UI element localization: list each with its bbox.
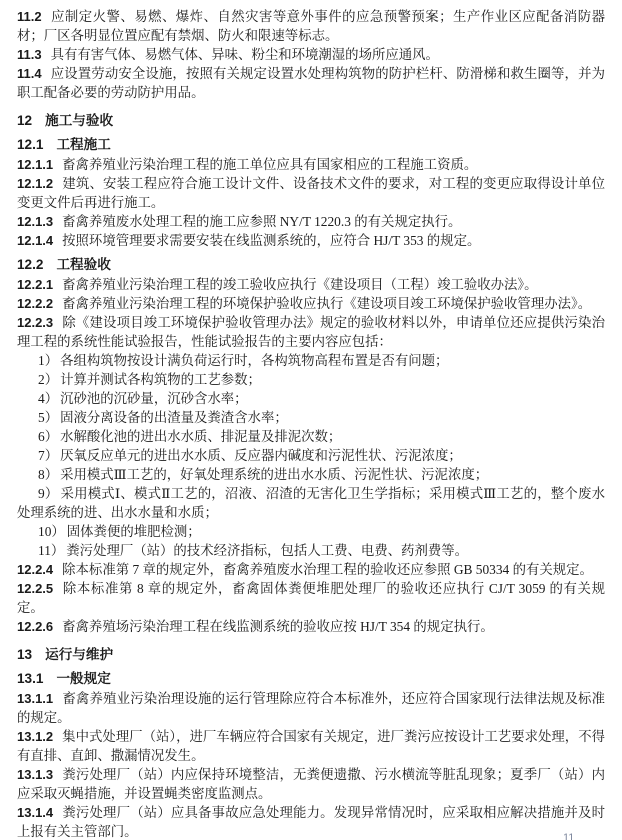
list-item: 5）固液分离设备的出渣量及粪渣含水率； bbox=[17, 408, 605, 427]
clause-paragraph: 12.2.6畜禽养殖场污染治理工程在线监测系统的验收应按 HJ/T 354 的规… bbox=[17, 617, 605, 636]
list-item-number: 5） bbox=[38, 410, 58, 425]
clause-number: 11.2 bbox=[17, 9, 42, 24]
clause-number: 13.1 bbox=[17, 671, 43, 686]
clause-text: 粪污处理厂（站）内应保持环境整洁，无粪便遗撒、污水横流等脏乱现象；夏季厂（站）内… bbox=[17, 767, 605, 801]
list-item: 9）采用模式Ⅰ、模式Ⅱ工艺的，沼液、沼渣的无害化卫生学指标；采用模式Ⅲ工艺的，整… bbox=[17, 484, 605, 522]
list-item: 10）固体粪便的堆肥检测； bbox=[17, 522, 605, 541]
clause-number: 12.2.6 bbox=[17, 619, 53, 634]
clause-paragraph: 12.1.3畜禽养殖废水处理工程的施工应参照 NY/T 1220.3 的有关规定… bbox=[17, 212, 605, 231]
clause-number: 12.2.5 bbox=[17, 581, 53, 596]
clause-text: 除《建设项目竣工环境保护验收管理办法》规定的验收材料以外，申请单位还应提供污染治… bbox=[17, 315, 605, 349]
list-item: 6）水解酸化池的进出水水质、排泥量及排泥次数； bbox=[17, 427, 605, 446]
section-heading: 13运行与维护 bbox=[17, 645, 605, 664]
clause-text: 建筑、安装工程应符合施工设计文件、设备技术文件的要求，对工程的变更应取得设计单位… bbox=[17, 176, 605, 210]
list-item-number: 1） bbox=[38, 353, 58, 368]
clause-text: 计算并测试各构筑物的工艺参数； bbox=[60, 372, 261, 387]
list-item: 1）各组构筑物按设计满负荷运行时，各构筑物高程布置是否有问题； bbox=[17, 351, 605, 370]
clause-text: 按照环境管理要求需要安装在线监测系统的，应符合 HJ/T 353 的规定。 bbox=[62, 233, 480, 248]
clause-text: 畜禽养殖业污染治理工程的环境保护验收应执行《建设项目竣工环境保护验收管理办法》。 bbox=[62, 296, 591, 311]
clause-text: 粪污处理厂（站）应具备事故应急处理能力。发现异常情况时，应采取相应解决措施并及时… bbox=[17, 805, 605, 839]
clause-number: 12.2.2 bbox=[17, 296, 53, 311]
clause-number: 11.3 bbox=[17, 47, 42, 62]
heading-text: 运行与维护 bbox=[45, 647, 113, 662]
clause-paragraph: 12.2.3除《建设项目竣工环境保护验收管理办法》规定的验收材料以外，申请单位还… bbox=[17, 313, 605, 351]
clause-text: 畜禽养殖业污染治理设施的运行管理除应符合本标准外，还应符合国家现行法律法规及标准… bbox=[17, 691, 605, 725]
document-body: 11.2应制定火警、易燃、爆炸、自然灾害等意外事件的应急预警预案；生产作业区应配… bbox=[17, 7, 605, 840]
document-page: 11.2应制定火警、易燃、爆炸、自然灾害等意外事件的应急预警预案；生产作业区应配… bbox=[0, 0, 622, 840]
clause-paragraph: 12.2.4除本标准第 7 章的规定外，畜禽养殖废水治理工程的验收还应参照 GB… bbox=[17, 560, 605, 579]
list-item-number: 4） bbox=[38, 391, 58, 406]
clause-text: 固液分离设备的出渣量及粪渣含水率； bbox=[60, 410, 288, 425]
clause-number: 13.1.3 bbox=[17, 767, 53, 782]
list-item-number: 9） bbox=[38, 486, 59, 501]
clause-text: 采用模式Ⅲ工艺的，好氧处理系统的进出水水质、污泥性状、污泥浓度； bbox=[60, 467, 488, 482]
clause-text: 沉砂池的沉砂量，沉砂含水率； bbox=[60, 391, 247, 406]
clause-text: 具有有害气体、易燃气体、异味、粉尘和环境潮湿的场所应通风。 bbox=[51, 47, 439, 62]
list-item-number: 7） bbox=[38, 448, 58, 463]
clause-number: 12.2.1 bbox=[17, 277, 53, 292]
clause-text: 除本标准第 7 章的规定外，畜禽养殖废水治理工程的验收还应参照 GB 50334… bbox=[62, 562, 593, 577]
list-item: 2）计算并测试各构筑物的工艺参数； bbox=[17, 370, 605, 389]
clause-number: 12.1.4 bbox=[17, 233, 53, 248]
clause-number: 13.1.1 bbox=[17, 691, 53, 706]
clause-number: 13.1.2 bbox=[17, 729, 53, 744]
heading-text: 施工与验收 bbox=[45, 113, 113, 128]
clause-text: 畜禽养殖业污染治理工程的施工单位应具有国家相应的工程施工资质。 bbox=[62, 157, 477, 172]
clause-number: 12.1.3 bbox=[17, 214, 53, 229]
list-item: 4）沉砂池的沉砂量，沉砂含水率； bbox=[17, 389, 605, 408]
clause-number: 12.1.1 bbox=[17, 157, 53, 172]
list-item: 11）粪污处理厂（站）的技术经济指标，包括人工费、电费、药剂费等。 bbox=[17, 541, 605, 560]
clause-paragraph: 12.1.4按照环境管理要求需要安装在线监测系统的，应符合 HJ/T 353 的… bbox=[17, 231, 605, 250]
clause-text: 除本标准第 8 章的规定外，畜禽固体粪便堆肥处理厂的验收还应执行 CJ/T 30… bbox=[17, 581, 605, 615]
subsection-heading: 12.1工程施工 bbox=[17, 135, 605, 154]
clause-paragraph: 12.1.2建筑、安装工程应符合施工设计文件、设备技术文件的要求，对工程的变更应… bbox=[17, 174, 605, 212]
clause-text: 应设置劳动安全设施，按照有关规定设置水处理构筑物的防护栏杆、防滑梯和救生圈等，并… bbox=[17, 66, 605, 100]
clause-number: 12.2.4 bbox=[17, 562, 53, 577]
clause-text: 畜禽养殖业污染治理工程的竣工验收应执行《建设项目（工程）竣工验收办法》。 bbox=[62, 277, 537, 292]
clause-text: 畜禽养殖场污染治理工程在线监测系统的验收应按 HJ/T 354 的规定执行。 bbox=[62, 619, 494, 634]
clause-number: 12 bbox=[17, 113, 32, 128]
clause-paragraph: 12.2.1畜禽养殖业污染治理工程的竣工验收应执行《建设项目（工程）竣工验收办法… bbox=[17, 275, 605, 294]
list-item-number: 8） bbox=[38, 467, 58, 482]
subsection-heading: 13.1一般规定 bbox=[17, 669, 605, 688]
clause-paragraph: 12.2.5除本标准第 8 章的规定外，畜禽固体粪便堆肥处理厂的验收还应执行 C… bbox=[17, 579, 605, 617]
clause-number: 13 bbox=[17, 647, 32, 662]
clause-text: 采用模式Ⅰ、模式Ⅱ工艺的，沼液、沼渣的无害化卫生学指标；采用模式Ⅲ工艺的，整个废… bbox=[17, 486, 605, 520]
list-item-number: 6） bbox=[38, 429, 58, 444]
clause-number: 12.1.2 bbox=[17, 176, 53, 191]
heading-text: 一般规定 bbox=[56, 671, 110, 686]
subsection-heading: 12.2工程验收 bbox=[17, 255, 605, 274]
list-item-number: 11） bbox=[38, 543, 64, 558]
clause-text: 各组构筑物按设计满负荷运行时，各构筑物高程布置是否有问题； bbox=[60, 353, 448, 368]
clause-number: 12.1 bbox=[17, 137, 43, 152]
clause-paragraph: 13.1.2集中式处理厂（站），进厂车辆应符合国家有关规定，进厂粪污应按设计工艺… bbox=[17, 727, 605, 765]
list-item-number: 2） bbox=[38, 372, 58, 387]
clause-paragraph: 13.1.4粪污处理厂（站）应具备事故应急处理能力。发现异常情况时，应采取相应解… bbox=[17, 803, 605, 840]
section-heading: 12施工与验收 bbox=[17, 111, 605, 130]
clause-paragraph: 12.2.2畜禽养殖业污染治理工程的环境保护验收应执行《建设项目竣工环境保护验收… bbox=[17, 294, 605, 313]
list-item-number: 10） bbox=[38, 524, 65, 539]
clause-number: 12.2 bbox=[17, 257, 43, 272]
clause-text: 应制定火警、易燃、爆炸、自然灾害等意外事件的应急预警预案；生产作业区应配备消防器… bbox=[17, 9, 605, 43]
clause-number: 11.4 bbox=[17, 66, 42, 81]
clause-paragraph: 13.1.1畜禽养殖业污染治理设施的运行管理除应符合本标准外，还应符合国家现行法… bbox=[17, 689, 605, 727]
clause-number: 12.2.3 bbox=[17, 315, 53, 330]
clause-text: 粪污处理厂（站）的技术经济指标，包括人工费、电费、药剂费等。 bbox=[66, 543, 468, 558]
clause-text: 厌氧反应单元的进出水水质、反应器内碱度和污泥性状、污泥浓度； bbox=[60, 448, 462, 463]
list-item: 8）采用模式Ⅲ工艺的，好氧处理系统的进出水水质、污泥性状、污泥浓度； bbox=[17, 465, 605, 484]
clause-text: 畜禽养殖废水处理工程的施工应参照 NY/T 1220.3 的有关规定执行。 bbox=[62, 214, 461, 229]
clause-text: 固体粪便的堆肥检测； bbox=[67, 524, 201, 539]
clause-text: 水解酸化池的进出水水质、排泥量及排泥次数； bbox=[60, 429, 341, 444]
list-item: 7）厌氧反应单元的进出水水质、反应器内碱度和污泥性状、污泥浓度； bbox=[17, 446, 605, 465]
clause-text: 集中式处理厂（站），进厂车辆应符合国家有关规定，进厂粪污应按设计工艺要求处理，不… bbox=[17, 729, 605, 763]
clause-paragraph: 11.4应设置劳动安全设施，按照有关规定设置水处理构筑物的防护栏杆、防滑梯和救生… bbox=[17, 64, 605, 102]
clause-paragraph: 12.1.1畜禽养殖业污染治理工程的施工单位应具有国家相应的工程施工资质。 bbox=[17, 155, 605, 174]
page-number: 11 bbox=[563, 832, 574, 840]
clause-paragraph: 11.2应制定火警、易燃、爆炸、自然灾害等意外事件的应急预警预案；生产作业区应配… bbox=[17, 7, 605, 45]
clause-paragraph: 11.3具有有害气体、易燃气体、异味、粉尘和环境潮湿的场所应通风。 bbox=[17, 45, 605, 64]
heading-text: 工程施工 bbox=[56, 137, 110, 152]
clause-number: 13.1.4 bbox=[17, 805, 53, 820]
clause-paragraph: 13.1.3粪污处理厂（站）内应保持环境整洁，无粪便遗撒、污水横流等脏乱现象；夏… bbox=[17, 765, 605, 803]
heading-text: 工程验收 bbox=[56, 257, 110, 272]
